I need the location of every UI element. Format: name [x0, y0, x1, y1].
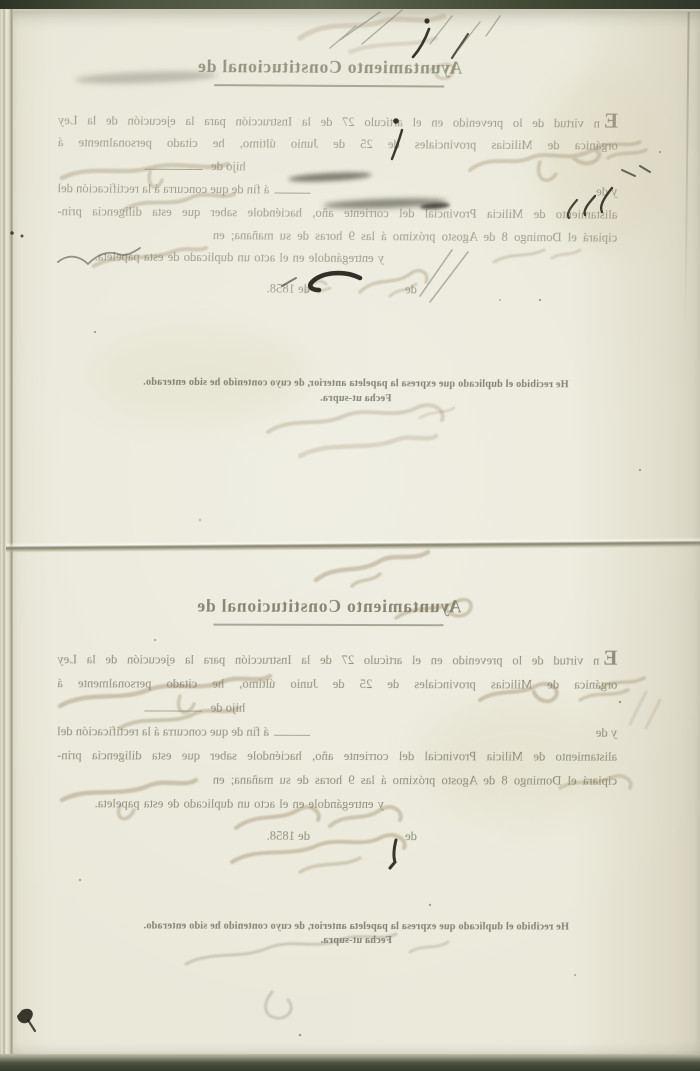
mirrored-print: Ayuntamiento Constitucional de E n virtu…: [11, 8, 700, 544]
fecha-ut-supra: Fecha ut-supra.: [86, 933, 626, 949]
form-body: E n virtud de lo prevenido en el artícul…: [57, 106, 618, 272]
body-line: cipiará el Domingo 8 de Agosto próximo á…: [57, 223, 617, 249]
title-underline: [215, 84, 445, 87]
blank-line: [145, 168, 203, 170]
body-line: hijo de: [57, 695, 617, 720]
blank-line: [274, 191, 310, 193]
drop-cap: E: [603, 645, 617, 669]
body-line: E n virtud de lo prevenido en el artícul…: [58, 106, 618, 135]
y-de-label: y de: [596, 180, 617, 203]
body-line: cipiará el Domingo 8 de Agosto próximo á…: [57, 767, 617, 792]
title-underline: [214, 624, 444, 626]
year-1858: de 1858.: [267, 282, 310, 296]
receipt-note: He recibido el duplicado que expresa la …: [86, 376, 626, 408]
papeleta-form-lower: Ayuntamiento Constitucional de E n virtu…: [12, 552, 700, 1054]
mirrored-print: Ayuntamiento Constitucional de E n virtu…: [12, 552, 700, 1054]
hijo-de-label: hijo de: [211, 695, 246, 719]
receipt-note: He recibido el duplicado que expresa la …: [86, 919, 626, 949]
body-line: y de á fin de que concurra á la rectific…: [57, 719, 617, 744]
body-line: E n virtud de lo prevenido en el artícul…: [57, 644, 617, 672]
body-line: y entregándole en el acto un duplicado d…: [57, 791, 617, 816]
form-title: Ayuntamiento Constitucional de: [0, 595, 673, 618]
date-line: dede 1858.: [57, 828, 617, 844]
body-line: alistamiento de Milicia Provincial del c…: [57, 743, 617, 768]
date-line: dede 1858.: [57, 280, 617, 298]
form-title-text: Ayuntamiento Constitucional de: [197, 596, 462, 617]
hijo-de-label: hijo de: [211, 155, 246, 178]
papeleta-form-upper: Ayuntamiento Constitucional de E n virtu…: [11, 8, 700, 544]
blank-line: [274, 733, 310, 735]
drop-cap: E: [604, 109, 618, 132]
form-body: E n virtud de lo prevenido en el artícul…: [57, 644, 617, 816]
y-de-label: y de: [596, 720, 617, 744]
body-line: y de á fin de que concurra á la rectific…: [57, 177, 617, 203]
year-1858: de 1858.: [267, 828, 310, 842]
body-line: y entregándole en el acto un duplicado d…: [57, 246, 617, 272]
body-line: orgánica de Milicias provinciales de 25 …: [58, 132, 618, 158]
form-title-text: Ayuntamiento Constitucional de: [197, 56, 462, 78]
book-cover-edge-bottom: [0, 1054, 700, 1071]
blank-line: [145, 709, 203, 711]
body-line: orgánica de Milicias provinciales de 25 …: [57, 671, 617, 696]
